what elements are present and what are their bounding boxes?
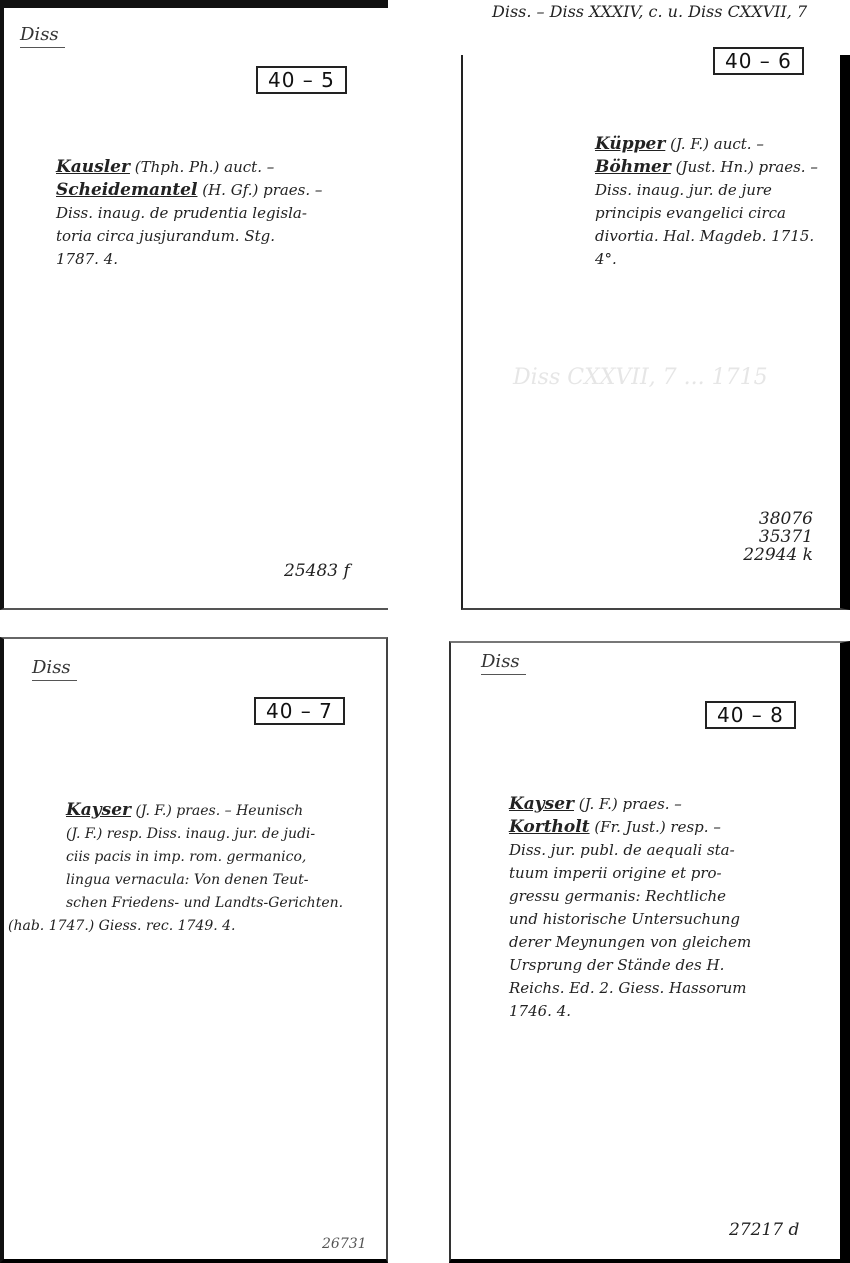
- entry-line: Diss. inaug. de prudentia legisla-: [56, 202, 322, 225]
- accession-line: 22944 k: [733, 546, 813, 564]
- entry-line: Kayser (J. F.) praes. –: [509, 793, 751, 816]
- entry-line: toria circa jusjurandum. Stg.: [56, 225, 322, 248]
- catalog-entry: Küpper (J. F.) auct. – Böhmer (Just. Hn.…: [595, 133, 818, 271]
- catalog-card-40-6: 40 – 6 Küpper (J. F.) auct. – Böhmer (Ju…: [461, 55, 850, 610]
- author-name: Kayser: [509, 794, 574, 814]
- entry-line: (hab. 1747.) Giess. rec. 1749. 4.: [8, 915, 343, 938]
- catalog-card-40-8: Diss 40 – 8 Kayser (J. F.) praes. – Kort…: [449, 641, 850, 1263]
- entry-line: gressu germanis: Rechtliche: [509, 885, 751, 908]
- entry-line: Reichs. Ed. 2. Giess. Hassorum: [509, 977, 751, 1000]
- entry-line: ciis pacis in imp. rom. germanico,: [8, 846, 343, 869]
- author-name: Scheidemantel: [56, 180, 197, 200]
- author-name: Kausler: [56, 157, 130, 177]
- entry-line: Scheidemantel (H. Gf.) praes. –: [56, 179, 322, 202]
- entry-line: Kausler (Thph. Ph.) auct. –: [56, 156, 322, 179]
- header-note: Diss. – Diss XXXIV, c. u. Diss CXXVII, 7: [492, 2, 807, 21]
- accession-line: 26731: [322, 1236, 367, 1252]
- catalog-card-40-5: Diss 40 – 5 Kausler (Thph. Ph.) auct. – …: [0, 0, 388, 610]
- catalog-entry: Kayser (J. F.) praes. – Heunisch (J. F.)…: [8, 799, 343, 938]
- accession-number: 25483 f: [284, 562, 350, 580]
- entry-line: lingua vernacula: Von denen Teut-: [8, 869, 343, 892]
- entry-line: Kortholt (Fr. Just.) resp. –: [509, 816, 751, 839]
- card-header-note: Diss. – Diss XXXIV, c. u. Diss CXXVII, 7: [488, 0, 850, 40]
- accession-line: 25483 f: [284, 561, 350, 581]
- accession-line: 35371: [733, 528, 813, 546]
- entry-line: divortia. Hal. Magdeb. 1715.: [595, 225, 818, 248]
- entry-line: Küpper (J. F.) auct. –: [595, 133, 818, 156]
- accession-numbers: 38076 35371 22944 k: [733, 510, 813, 564]
- shelf-number: 40 – 7: [254, 697, 345, 725]
- accession-line: 27217 d: [729, 1220, 799, 1240]
- entry-line: Ursprung der Stände des H.: [509, 954, 751, 977]
- entry-line: Böhmer (Just. Hn.) praes. –: [595, 156, 818, 179]
- accession-line: 38076: [733, 510, 813, 528]
- entry-line: Kayser (J. F.) praes. – Heunisch: [8, 799, 343, 823]
- author-name: Kortholt: [509, 817, 590, 837]
- shelf-number: 40 – 5: [256, 66, 347, 94]
- entry-line: 1787. 4.: [56, 248, 322, 271]
- entry-line: tuum imperii origine et pro-: [509, 862, 751, 885]
- class-mark: Diss: [481, 651, 526, 675]
- entry-line: derer Meynungen von gleichem: [509, 931, 751, 954]
- entry-line: und historische Untersuchung: [509, 908, 751, 931]
- entry-line: principis evangelici circa: [595, 202, 818, 225]
- catalog-entry: Kayser (J. F.) praes. – Kortholt (Fr. Ju…: [509, 793, 751, 1023]
- shelf-number: 40 – 8: [705, 701, 796, 729]
- entry-line: 1746. 4.: [509, 1000, 751, 1023]
- entry-line: Diss. jur. publ. de aequali sta-: [509, 839, 751, 862]
- class-mark: Diss: [20, 24, 65, 48]
- faint-note: Diss CXXVII, 7 ... 1715: [513, 365, 768, 390]
- entry-line: 4°.: [595, 248, 818, 271]
- class-mark: Diss: [32, 657, 77, 681]
- catalog-entry: Kausler (Thph. Ph.) auct. – Scheidemante…: [56, 156, 322, 271]
- entry-line: (J. F.) resp. Diss. inaug. jur. de judi-: [8, 823, 343, 846]
- accession-number: 27217 d: [729, 1221, 799, 1239]
- shelf-number: 40 – 6: [713, 47, 804, 75]
- author-name: Küpper: [595, 134, 665, 154]
- author-name: Böhmer: [595, 157, 671, 177]
- catalog-card-40-7: Diss 40 – 7 Kayser (J. F.) praes. – Heun…: [0, 637, 388, 1263]
- author-name: Kayser: [66, 800, 131, 820]
- entry-line: Diss. inaug. jur. de jure: [595, 179, 818, 202]
- entry-line: schen Friedens- und Landts-Gerichten.: [8, 892, 343, 915]
- accession-number: 26731: [322, 1235, 367, 1253]
